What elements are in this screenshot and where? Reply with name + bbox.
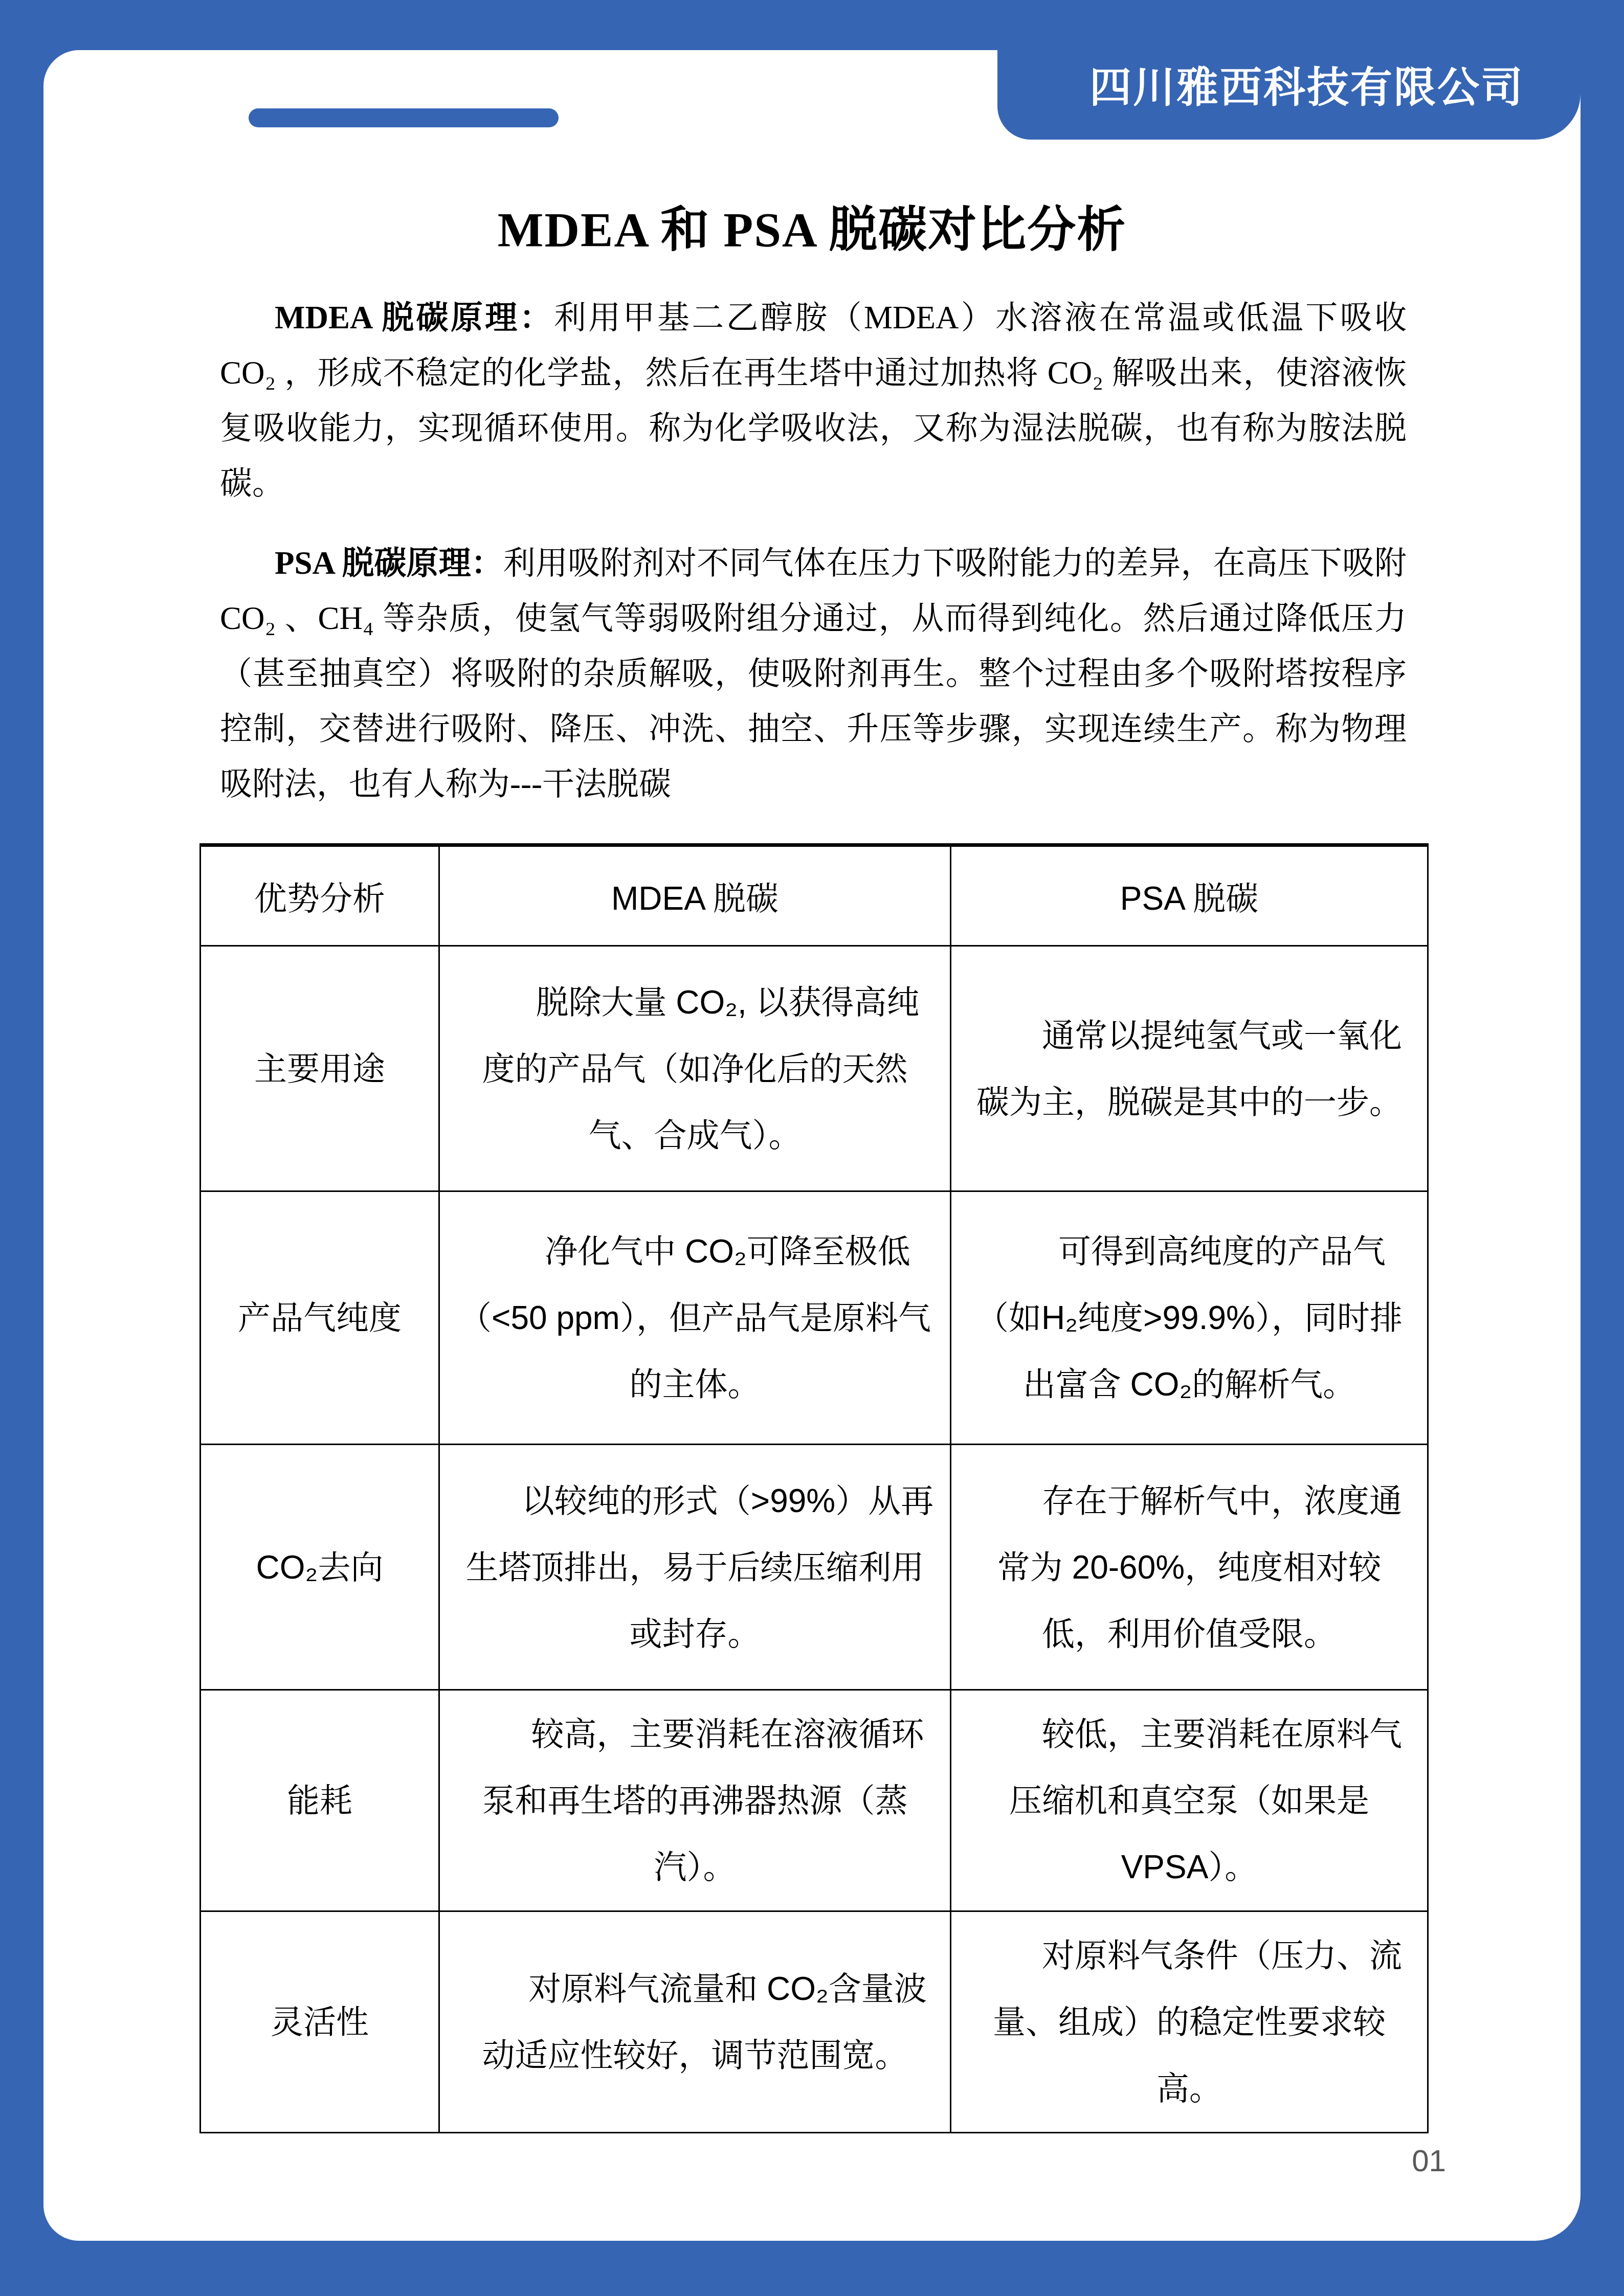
row-label: 灵活性 bbox=[201, 1911, 439, 2133]
table-row: 主要用途 脱除大量 CO₂, 以获得高纯度的产品气（如净化后的天然气、合成气）。… bbox=[201, 946, 1428, 1191]
cell-mdea: 净化气中 CO₂可降至极低（<50 ppm），但产品气是原料气的主体。 bbox=[439, 1191, 951, 1445]
cell-psa: 存在于解析气中，浓度通常为 20-60%，纯度相对较低，利用价值受限。 bbox=[951, 1445, 1428, 1690]
intro-text-block: MDEA 脱碳原理：利用甲基二乙醇胺（MDEA）水溶液在常温或低温下吸收 CO₂… bbox=[220, 290, 1407, 812]
paragraph-label: MDEA 脱碳原理： bbox=[275, 300, 554, 335]
header-cell-aspect: 优势分析 bbox=[201, 845, 439, 946]
cell-mdea: 以较纯的形式（>99%）从再生塔顶排出，易于后续压缩利用或封存。 bbox=[439, 1445, 951, 1690]
header-accent-bar bbox=[249, 108, 559, 127]
row-label: 产品气纯度 bbox=[201, 1191, 439, 1445]
cell-psa: 较低，主要消耗在原料气压缩机和真空泵（如果是 VPSA）。 bbox=[951, 1690, 1428, 1911]
cell-psa: 可得到高纯度的产品气（如H₂纯度>99.9%），同时排出富含 CO₂的解析气。 bbox=[951, 1191, 1428, 1445]
table-header-row: 优势分析 MDEA 脱碳 PSA 脱碳 bbox=[201, 845, 1428, 946]
comparison-table: 优势分析 MDEA 脱碳 PSA 脱碳 主要用途 脱除大量 CO₂, 以获得高纯… bbox=[199, 843, 1429, 2133]
brand-name: 四川雅西科技有限公司 bbox=[1089, 54, 1524, 114]
brand-header-tab: 四川雅西科技有限公司 bbox=[997, 0, 1581, 140]
page-number: 01 bbox=[1412, 2143, 1446, 2178]
header-cell-mdea: MDEA 脱碳 bbox=[439, 845, 951, 946]
table-row: 能耗 较高，主要消耗在溶液循环泵和再生塔的再沸器热源（蒸汽）。 较低，主要消耗在… bbox=[201, 1690, 1428, 1911]
table-row: 产品气纯度 净化气中 CO₂可降至极低（<50 ppm），但产品气是原料气的主体… bbox=[201, 1191, 1428, 1445]
table-row: 灵活性 对原料气流量和 CO₂含量波动适应性较好，调节范围宽。 对原料气条件（压… bbox=[201, 1911, 1428, 2133]
cell-psa: 通常以提纯氢气或一氧化碳为主，脱碳是其中的一步。 bbox=[951, 946, 1428, 1191]
cell-psa: 对原料气条件（压力、流量、组成）的稳定性要求较高。 bbox=[951, 1911, 1428, 2133]
paragraph-label: PSA 脱碳原理： bbox=[275, 545, 503, 581]
page-title: MDEA 和 PSA 脱碳对比分析 bbox=[217, 201, 1407, 259]
paragraph-mdea-principle: MDEA 脱碳原理：利用甲基二乙醇胺（MDEA）水溶液在常温或低温下吸收 CO₂… bbox=[220, 290, 1407, 511]
cell-mdea: 较高，主要消耗在溶液循环泵和再生塔的再沸器热源（蒸汽）。 bbox=[439, 1690, 951, 1911]
cell-mdea: 对原料气流量和 CO₂含量波动适应性较好，调节范围宽。 bbox=[439, 1911, 951, 2133]
header-cell-psa: PSA 脱碳 bbox=[951, 845, 1428, 946]
row-label: 能耗 bbox=[201, 1690, 439, 1911]
content-card: MDEA 和 PSA 脱碳对比分析 MDEA 脱碳原理：利用甲基二乙醇胺（MDE… bbox=[43, 50, 1581, 2241]
row-label: 主要用途 bbox=[201, 946, 439, 1191]
table-row: CO₂去向 以较纯的形式（>99%）从再生塔顶排出，易于后续压缩利用或封存。 存… bbox=[201, 1445, 1428, 1690]
row-label: CO₂去向 bbox=[201, 1445, 439, 1690]
cell-mdea: 脱除大量 CO₂, 以获得高纯度的产品气（如净化后的天然气、合成气）。 bbox=[439, 946, 951, 1191]
paragraph-text: 利用吸附剂对不同气体在压力下吸附能力的差异，在高压下吸附 CO₂ 、CH₄ 等杂… bbox=[220, 545, 1407, 802]
paragraph-psa-principle: PSA 脱碳原理：利用吸附剂对不同气体在压力下吸附能力的差异，在高压下吸附 CO… bbox=[220, 535, 1407, 812]
